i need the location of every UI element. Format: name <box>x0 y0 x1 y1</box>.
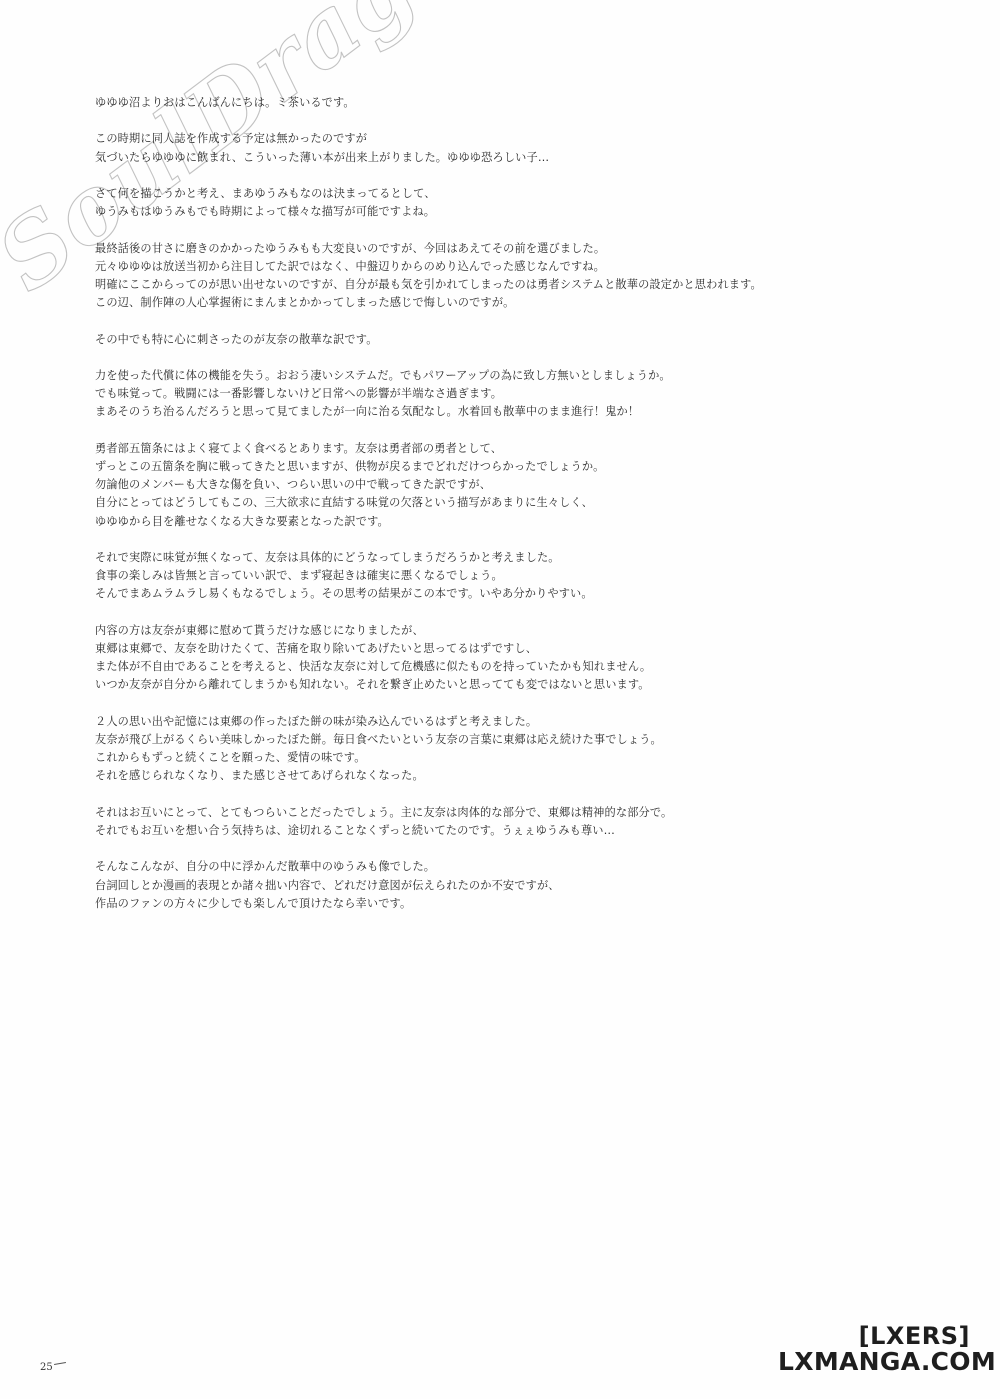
document-page: SoulDragonSlay ゆゆゆ沼よりおはこんばんにちは。ミ茶いるです。 こ… <box>0 0 1000 1399</box>
paragraph: 内容の方は友奈が東郷に慰めて貰うだけな感じになりましたが、 東郷は東郷で、友奈を… <box>95 622 815 695</box>
text-line: 食事の楽しみは皆無と言っていい訳で、まず寝起きは確実に悪くなるでしょう。 <box>95 567 815 585</box>
text-line: ゆゆゆ沼よりおはこんばんにちは。ミ茶いるです。 <box>95 94 815 112</box>
text-line: 明確にここからってのが思い出せないのですが、自分が最も気を引かれてしまったのは勇… <box>95 276 815 294</box>
text-line: それを感じられなくなり、また感じさせてあげられなくなった。 <box>95 767 815 785</box>
text-line: それでもお互いを想い合う気持ちは、途切れることなくずっと続いてたのです。うぇぇゆ… <box>95 822 815 840</box>
logo-domain: LXMANGA.COM <box>778 1349 996 1374</box>
text-line: 元々ゆゆゆは放送当初から注目してた訳ではなく、中盤辺りからのめり込んでった感じな… <box>95 258 815 276</box>
text-line: ２人の思い出や記憶には東郷の作ったぼた餅の味が染み込んでいるはずと考えました。 <box>95 713 815 731</box>
text-line: 最終話後の甘さに磨きのかかったゆうみもも大変良いのですが、今回はあえてその前を選… <box>95 240 815 258</box>
paragraph: 勇者部五箇条にはよく寝てよく食べるとあります。友奈は勇者部の勇者として、 ずっと… <box>95 440 815 531</box>
text-line: いつか友奈が自分から離れてしまうかも知れない。それを繋ぎ止めたいと思ってても変で… <box>95 676 815 694</box>
paragraph: それはお互いにとって、とてもつらいことだったでしょう。主に友奈は肉体的な部分で、… <box>95 804 815 840</box>
text-line: その中でも特に心に刺さったのが友奈の散華な訳です。 <box>95 331 815 349</box>
text-line: でも味覚って。戦闘には一番影響しないけど日常への影響が半端なさ過ぎます。 <box>95 385 815 403</box>
paragraph: その中でも特に心に刺さったのが友奈の散華な訳です。 <box>95 331 815 349</box>
page-number: 25 <box>40 1362 53 1373</box>
text-line: そんなこんなが、自分の中に浮かんだ散華中のゆうみも像でした。 <box>95 858 815 876</box>
text-line: この辺、制作陣の人心掌握術にまんまとかかってしまった感じで悔しいのですが。 <box>95 294 815 312</box>
logo-brand: [LXERS] <box>859 1324 970 1348</box>
site-logo[interactable]: [LXERS] LXMANGA.COM <box>778 1324 996 1374</box>
text-line: 東郷は東郷で、友奈を助けたくて、苦痛を取り除いてあげたいと思ってるはずですし、 <box>95 640 815 658</box>
text-line: 気づいたらゆゆゆに飲まれ、こういった薄い本が出来上がりました。ゆゆゆ恐ろしい子… <box>95 149 815 167</box>
text-line: 作品のファンの方々に少しでも楽しんで頂けたなら幸いです。 <box>95 895 815 913</box>
paragraph: ２人の思い出や記憶には東郷の作ったぼた餅の味が染み込んでいるはずと考えました。 … <box>95 713 815 786</box>
text-line: ずっとこの五箇条を胸に戦ってきたと思いますが、供物が戻るまでどれだけつらかったで… <box>95 458 815 476</box>
paragraph: この時期に同人誌を作成する予定は無かったのですが 気づいたらゆゆゆに飲まれ、こう… <box>95 130 815 166</box>
text-line: 勇者部五箇条にはよく寝てよく食べるとあります。友奈は勇者部の勇者として、 <box>95 440 815 458</box>
paragraph: 力を使った代償に体の機能を失う。おおう凄いシステムだ。でもパワーアップの為に致し… <box>95 367 815 422</box>
text-line: さて何を描こうかと考え、まあゆうみもなのは決まってるとして、 <box>95 185 815 203</box>
text-line: 自分にとってはどうしてもこの、三大欲求に直結する味覚の欠落という描写があまりに生… <box>95 494 815 512</box>
text-line: 力を使った代償に体の機能を失う。おおう凄いシステムだ。でもパワーアップの為に致し… <box>95 367 815 385</box>
text-line: ゆゆゆから目を離せなくなる大きな要素となった訳です。 <box>95 513 815 531</box>
text-line: まあそのうち治るんだろうと思って見てましたが一向に治る気配なし。水着回も散華中の… <box>95 403 815 421</box>
text-line: そんでまあムラムラし易くもなるでしょう。その思考の結果がこの本です。いやあ分かり… <box>95 585 815 603</box>
afterword-text: ゆゆゆ沼よりおはこんばんにちは。ミ茶いるです。 この時期に同人誌を作成する予定は… <box>95 94 815 931</box>
paragraph: それで実際に味覚が無くなって、友奈は具体的にどうなってしまうだろうかと考えました… <box>95 549 815 604</box>
text-line: 友奈が飛び上がるくらい美味しかったぼた餅。毎日食べたいという友奈の言葉に東郷は応… <box>95 731 815 749</box>
paragraph: ゆゆゆ沼よりおはこんばんにちは。ミ茶いるです。 <box>95 94 815 112</box>
paragraph: そんなこんなが、自分の中に浮かんだ散華中のゆうみも像でした。 台詞回しとか漫画的… <box>95 858 815 913</box>
text-line: 内容の方は友奈が東郷に慰めて貰うだけな感じになりましたが、 <box>95 622 815 640</box>
text-line: 勿論他のメンバーも大きな傷を負い、つらい思いの中で戦ってきた訳ですが、 <box>95 476 815 494</box>
text-line: それはお互いにとって、とてもつらいことだったでしょう。主に友奈は肉体的な部分で、… <box>95 804 815 822</box>
paragraph: 最終話後の甘さに磨きのかかったゆうみもも大変良いのですが、今回はあえてその前を選… <box>95 240 815 313</box>
text-line: ゆうみもはゆうみもでも時期によって様々な描写が可能ですよね。 <box>95 203 815 221</box>
text-line: また体が不自由であることを考えると、快活な友奈に対して危機感に似たものを持ってい… <box>95 658 815 676</box>
text-line: 台詞回しとか漫画的表現とか諸々拙い内容で、どれだけ意図が伝えられたのか不安ですが… <box>95 877 815 895</box>
text-line: この時期に同人誌を作成する予定は無かったのですが <box>95 130 815 148</box>
text-line: これからもずっと続くことを願った、愛情の味です。 <box>95 749 815 767</box>
text-line: それで実際に味覚が無くなって、友奈は具体的にどうなってしまうだろうかと考えました… <box>95 549 815 567</box>
paragraph: さて何を描こうかと考え、まあゆうみもなのは決まってるとして、 ゆうみもはゆうみも… <box>95 185 815 221</box>
